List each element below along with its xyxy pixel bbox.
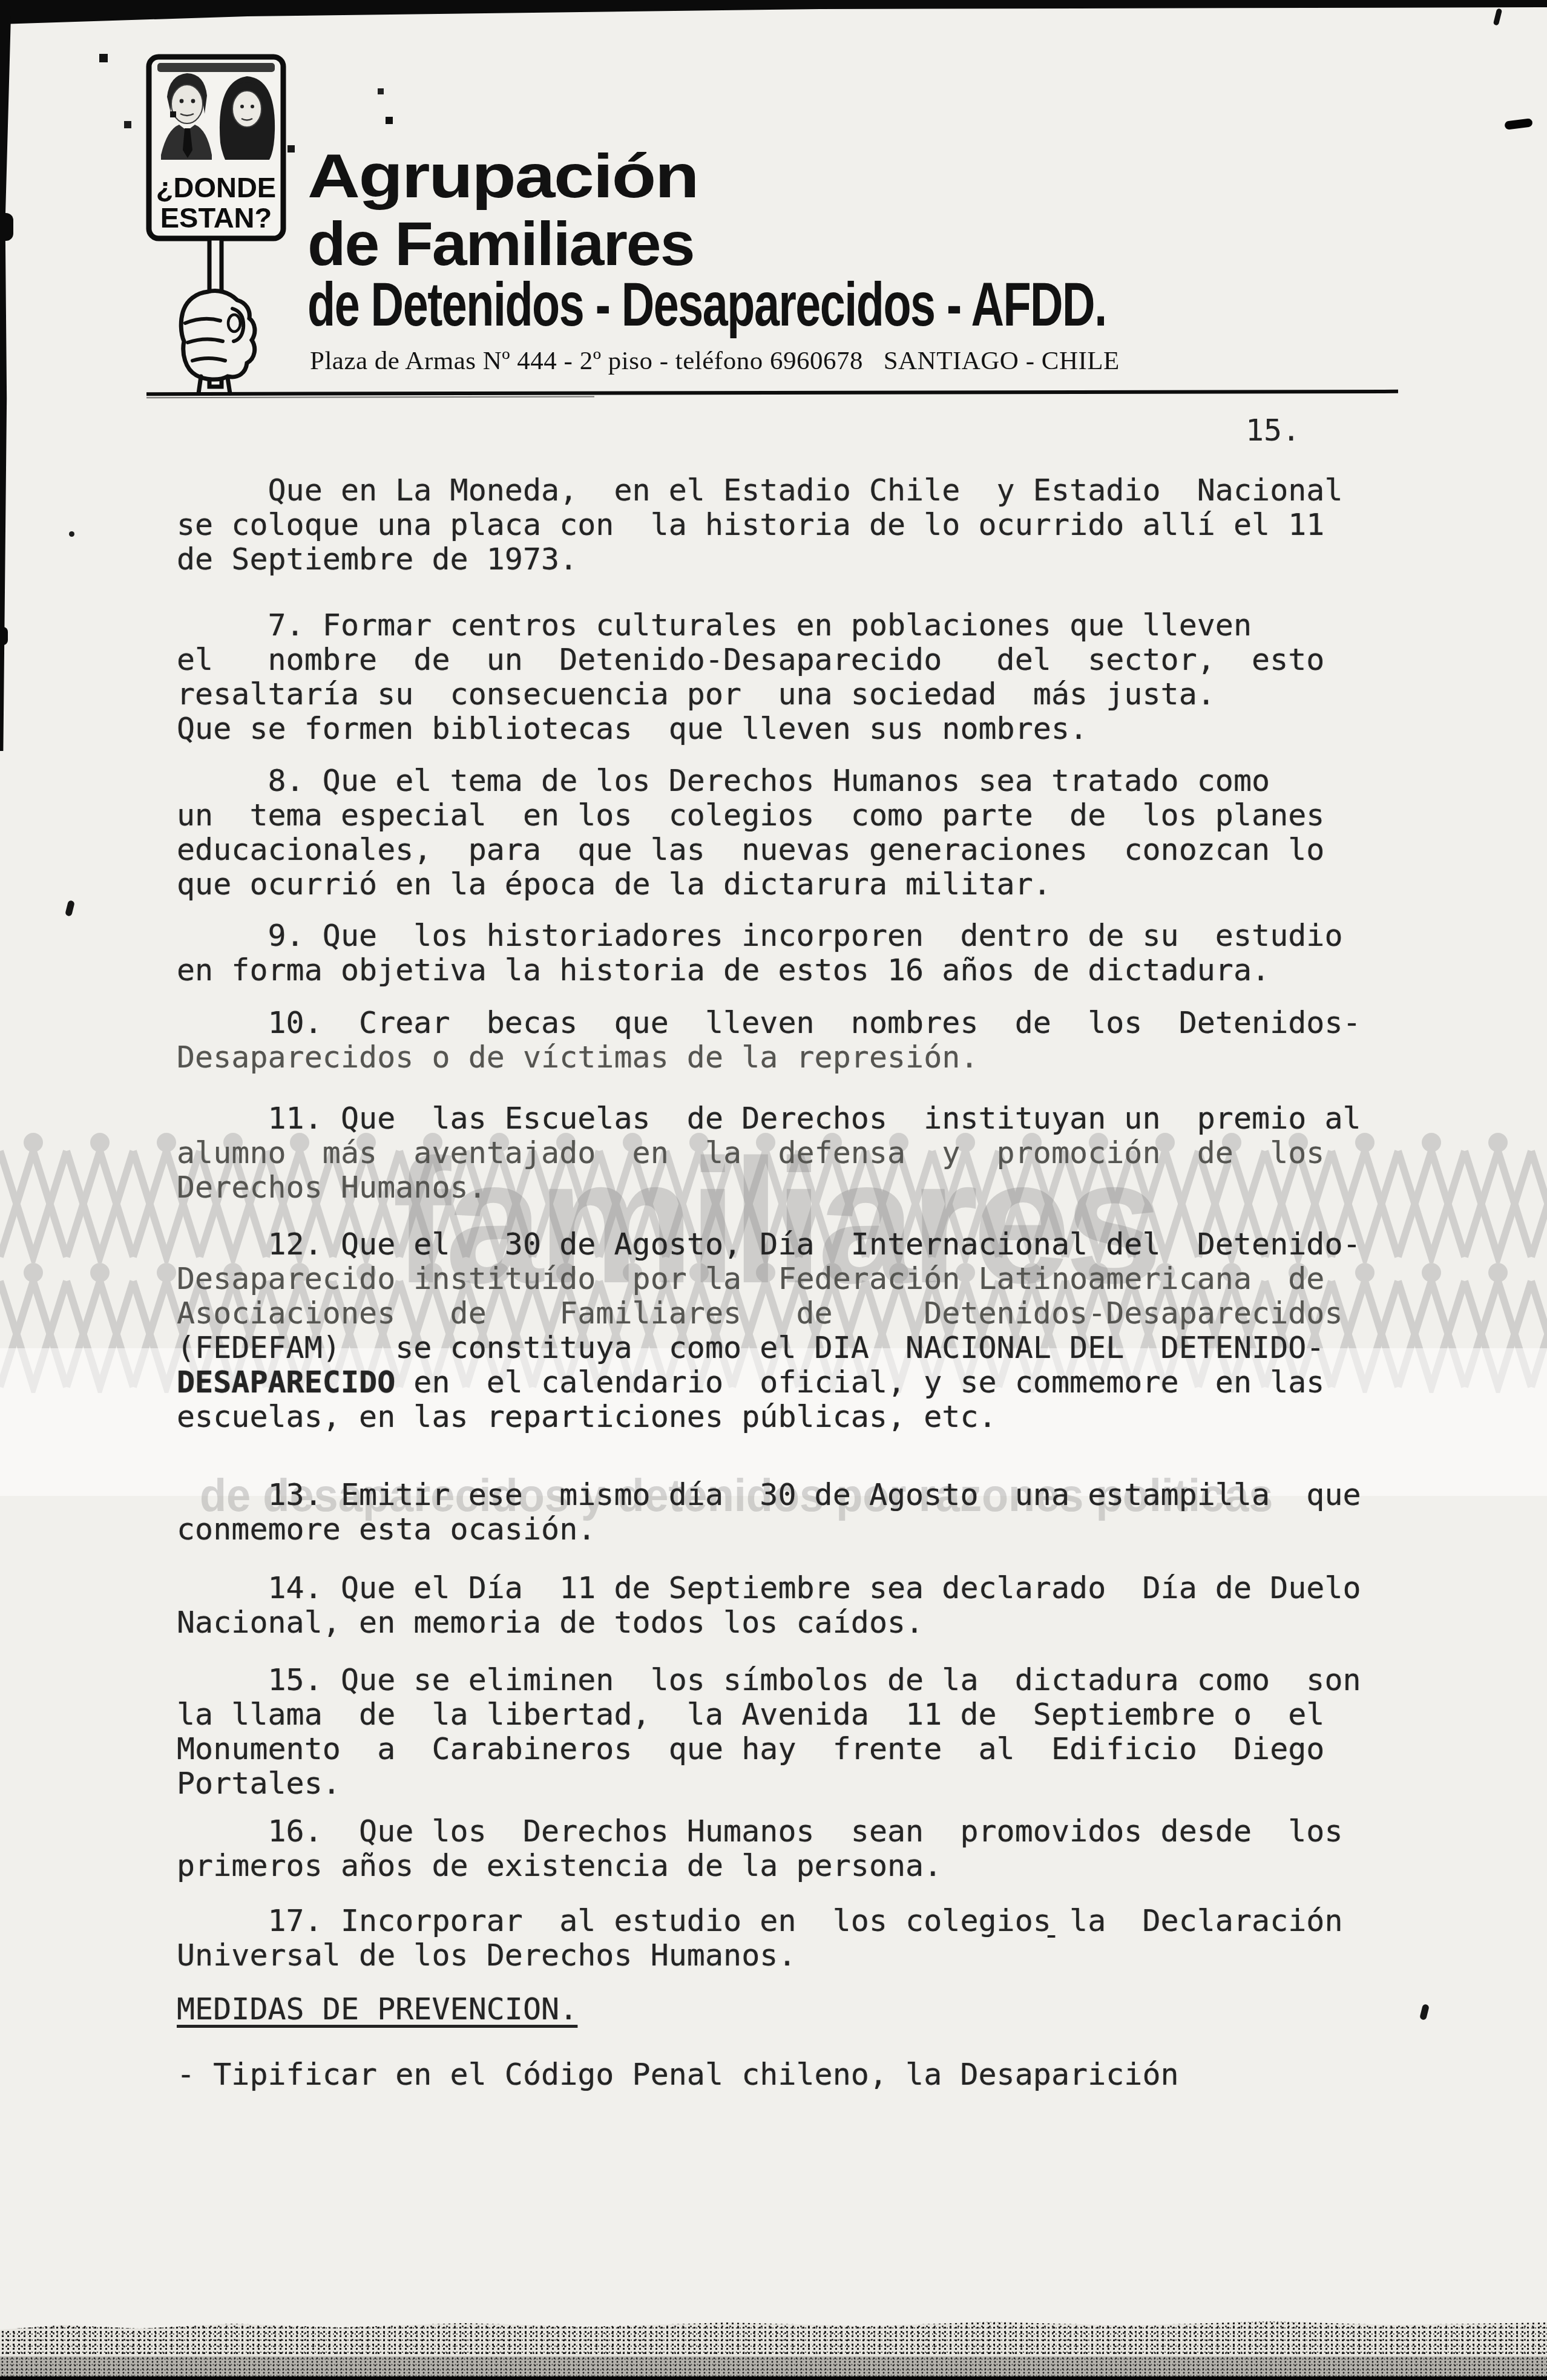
item-16-paragraph: 16. Que los Derechos Humanos sean promov…: [177, 1814, 1343, 1883]
typed-line: Nacional, en memoria de todos los caídos…: [177, 1605, 1361, 1640]
bold-word: DESAPARECIDO: [177, 1365, 395, 1400]
typed-line: un tema especial en los colegios como pa…: [177, 798, 1324, 833]
page-number: 15.: [1246, 413, 1300, 448]
typed-line: Derechos Humanos.: [177, 1170, 1361, 1205]
ink-speck: [65, 900, 75, 917]
typed-line: 10. Crear becas que lleven nombres de lo…: [177, 1006, 1361, 1040]
item-12-paragraph: 12. Que el 30 de Agosto, Día Internacion…: [177, 1227, 1361, 1434]
item-8-paragraph: 8. Que el tema de los Derechos Humanos s…: [177, 764, 1324, 902]
ink-speck: [69, 531, 74, 537]
item-11-paragraph: 11. Que las Escuelas de Derechos institu…: [177, 1101, 1361, 1205]
typed-line: 9. Que los historiadores incorporen dent…: [177, 919, 1343, 953]
document-page: ¿DONDE ESTAN? Agrupación de Familiares d…: [0, 0, 1547, 2380]
scan-edge-nub: [0, 213, 13, 241]
typed-line: Portales.: [177, 1766, 1361, 1801]
item-13-paragraph: 13. Emitir ese mismo día 30 de Agosto un…: [177, 1478, 1361, 1547]
typed-line: 13. Emitir ese mismo día 30 de Agosto un…: [177, 1478, 1361, 1512]
fist-illustration: [181, 291, 255, 393]
ink-mark: [1504, 118, 1532, 130]
org-name-line2: de Familiares: [307, 213, 694, 275]
protest-sign: ¿DONDE ESTAN?: [149, 57, 283, 238]
typed-line: Desaparecidos o de víctimas de la repres…: [177, 1040, 1361, 1075]
item-17-paragraph: 17. Incorporar al estudio en los colegio…: [177, 1904, 1343, 1973]
typed-line: 8. Que el tema de los Derechos Humanos s…: [177, 764, 1324, 798]
typed-line: resaltaría su consecuencia por una socie…: [177, 677, 1324, 712]
typed-line: la llama de la libertad, la Avenida 11 d…: [177, 1697, 1361, 1732]
typed-stray-dash: -: [1042, 1917, 1060, 1952]
typed-line: conmemore esta ocasión.: [177, 1512, 1361, 1547]
typed-line: el nombre de un Detenido-Desaparecido de…: [177, 643, 1324, 677]
typed-line: (FEDEFAM) se constituya como el DIA NACI…: [177, 1331, 1361, 1365]
org-address: Plaza de Armas Nº 444 - 2º piso - teléfo…: [310, 346, 1120, 376]
scan-edge-top: [0, 0, 1547, 25]
intro-paragraph: Que en La Moneda, en el Estadio Chile y …: [177, 473, 1343, 577]
typed-line: se coloque una placa con la historia de …: [177, 508, 1343, 542]
typed-line: 7. Formar centros culturales en poblacio…: [177, 608, 1324, 643]
item-10-paragraph: 10. Crear becas que lleven nombres de lo…: [177, 1006, 1361, 1075]
typed-line: 16. Que los Derechos Humanos sean promov…: [177, 1814, 1343, 1849]
typed-line: escuelas, en las reparticiones públicas,…: [177, 1400, 1361, 1434]
ink-mark: [1493, 8, 1503, 25]
typed-line: 15. Que se eliminen los símbolos de la d…: [177, 1663, 1361, 1697]
scan-bottom-shadow: [0, 2356, 1547, 2377]
typed-line: alumno más aventajado en la defensa y pr…: [177, 1136, 1361, 1170]
typed-text: en el calendario oficial, y se commemore…: [395, 1365, 1324, 1400]
item-9-paragraph: 9. Que los historiadores incorporen dent…: [177, 919, 1343, 988]
typed-line: Que se formen bibliotecas que lleven sus…: [177, 712, 1324, 746]
afdd-logo: ¿DONDE ESTAN?: [143, 39, 294, 402]
sign-text-line2: ESTAN?: [160, 202, 272, 234]
scan-edge-nub: [0, 627, 8, 645]
typed-line: en forma objetiva la historia de estos 1…: [177, 953, 1343, 988]
typed-line: 11. Que las Escuelas de Derechos institu…: [177, 1101, 1361, 1136]
woman-portrait: [220, 76, 275, 160]
typed-line: de Septiembre de 1973.: [177, 542, 1343, 577]
sign-text-line1: ¿DONDE: [156, 171, 276, 203]
section-heading-paragraph: MEDIDAS DE PREVENCION.: [177, 1992, 577, 2027]
typed-line: Universal de los Derechos Humanos.: [177, 1938, 1343, 1973]
typed-line: 14. Que el Día 11 de Septiembre sea decl…: [177, 1571, 1361, 1605]
typed-line: 17. Incorporar al estudio en los colegio…: [177, 1904, 1343, 1938]
ink-speck: [1419, 2004, 1430, 2021]
typed-line: - Tipificar en el Código Penal chileno, …: [177, 2057, 1179, 2092]
scan-bottom-edge: [0, 2376, 1547, 2380]
typed-line: Monumento a Carabineros que hay frente a…: [177, 1732, 1361, 1766]
final-line-paragraph: - Tipificar en el Código Penal chileno, …: [177, 2057, 1179, 2092]
ink-specks: [91, 48, 92, 50]
org-name-line1: Agrupación: [307, 145, 698, 207]
typed-line: Que en La Moneda, en el Estadio Chile y …: [177, 473, 1343, 508]
typed-line: educacionales, para que las nuevas gener…: [177, 833, 1324, 867]
typed-line: que ocurrió en la época de la dictarura …: [177, 867, 1324, 902]
typed-line: DESAPARECIDO en el calendario oficial, y…: [177, 1365, 1361, 1400]
typed-line: Asociaciones de Familiares de Detenidos-…: [177, 1296, 1361, 1331]
header-divider: [146, 390, 1398, 396]
item-7-paragraph: 7. Formar centros culturales en poblacio…: [177, 608, 1324, 746]
section-heading: MEDIDAS DE PREVENCION.: [177, 1992, 577, 2027]
scan-bottom-speckle: [0, 2321, 1547, 2358]
org-name-line3: de Detenidos - Desaparecidos - AFDD.: [307, 274, 1106, 335]
item-15-paragraph: 15. Que se eliminen los símbolos de la d…: [177, 1663, 1361, 1801]
typed-line: 12. Que el 30 de Agosto, Día Internacion…: [177, 1227, 1361, 1262]
typed-line: primeros años de existencia de la person…: [177, 1849, 1343, 1883]
typed-line: Desaparecido instituído por la Federació…: [177, 1262, 1361, 1296]
item-14-paragraph: 14. Que el Día 11 de Septiembre sea decl…: [177, 1571, 1361, 1640]
